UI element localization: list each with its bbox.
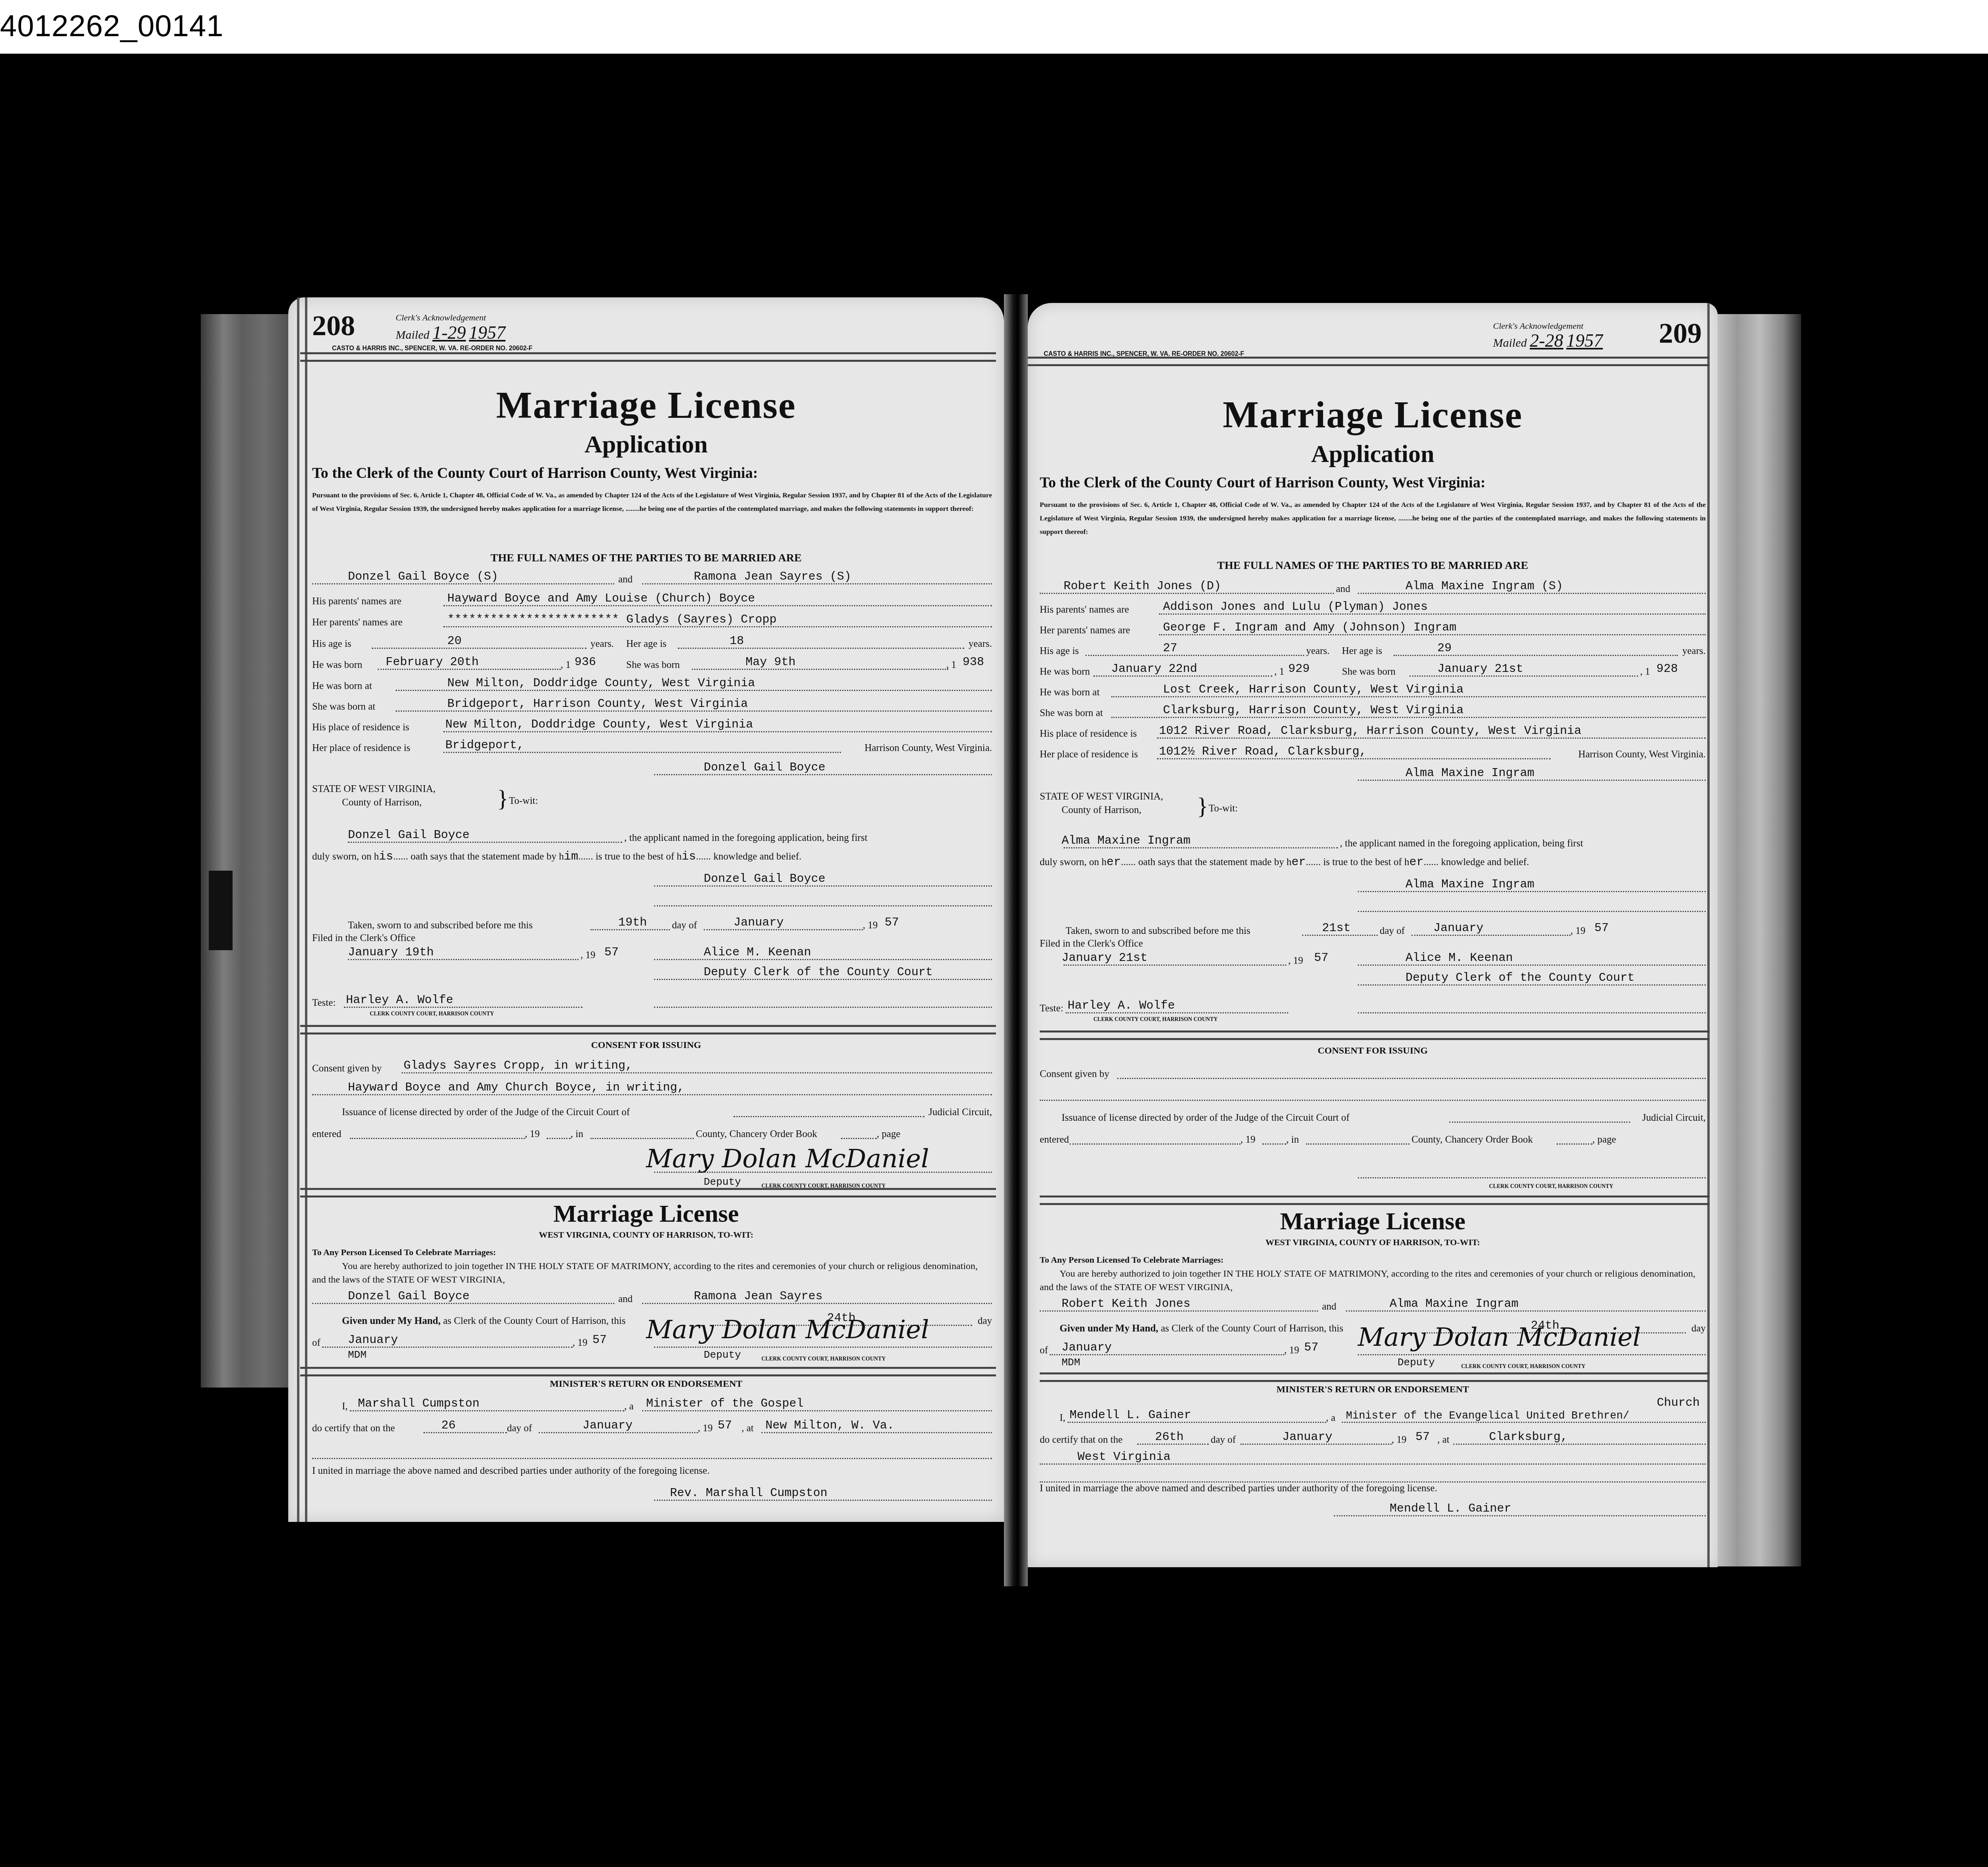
consent-row-1: Consent given by xyxy=(1040,1062,1706,1081)
his-residence-row: His place of residence is New Milton, Do… xyxy=(312,716,992,735)
united-text: I united in marriage the above named and… xyxy=(312,1464,992,1478)
minister-heading: MINISTER'S RETURN OR ENDORSEMENT xyxy=(1028,1384,1718,1395)
sworn-row: Taken, sworn to and subscribed before me… xyxy=(1040,919,1706,938)
he-born-at-row: He was born at Lost Creek, Harrison Coun… xyxy=(1040,681,1706,700)
sworn-row: Taken, sworn to and subscribed before me… xyxy=(312,914,992,933)
oath-statement-row: duly sworn, on his...... oath says that … xyxy=(312,846,992,865)
sworn-day: 19th xyxy=(618,916,647,930)
header-rule xyxy=(1028,357,1710,366)
his-parents-row: His parents' names are Addison Jones and… xyxy=(1040,598,1706,617)
she-born-at: Clarksburg, Harrison County, West Virgin… xyxy=(1163,704,1464,717)
his-parents: Addison Jones and Lulu (Plyman) Jones xyxy=(1163,600,1428,614)
sworn-day: 21st xyxy=(1322,922,1351,935)
teste-name: Harley A. Wolfe xyxy=(346,994,453,1007)
book-left-page-edges xyxy=(201,314,292,1388)
oath-signature-row: Alma Maxine Ingram xyxy=(1040,875,1706,895)
his-residence: 1012 River Road, Clarksburg, Harrison Co… xyxy=(1159,724,1581,738)
he-born-date: February 20th xyxy=(386,656,479,669)
blank-line xyxy=(312,1442,992,1461)
license-groom: Robert Keith Jones xyxy=(1062,1297,1190,1311)
her-residence-row: Her place of residence is 1012½ River Ro… xyxy=(1040,743,1706,762)
image-id-label: 4012262_00141 xyxy=(0,9,223,43)
application-title: Marriage License xyxy=(1028,392,1718,437)
margin-rule xyxy=(305,297,307,1522)
minister-title: Minister of the Evangelical United Breth… xyxy=(1346,1410,1629,1422)
sworn-year: 57 xyxy=(1594,922,1609,935)
license-parties-row: Donzel Gail Boyce and Ramona Jean Sayres xyxy=(312,1287,992,1306)
his-residence: New Milton, Doddridge County, West Virgi… xyxy=(445,718,753,732)
marriage-month: January xyxy=(1282,1430,1332,1444)
book-gutter xyxy=(1004,294,1028,1586)
license-state-line: WEST VIRGINIA, COUNTY OF HARRISON, TO-WI… xyxy=(1028,1237,1718,1248)
applicant-signature-row: Alma Maxine Ingram xyxy=(1040,764,1706,783)
oath-applicant-row: Donzel Gail Boyce , the applicant named … xyxy=(312,826,992,845)
ages-row: His age is 20 years. Her age is 18 years… xyxy=(312,632,992,651)
clerk-title-row: Deputy Clerk of the County Court xyxy=(1040,969,1706,988)
minister-name-row: I, Marshall Cumpston , a Minister of the… xyxy=(312,1395,992,1414)
oath-state: STATE OF WEST VIRGINIA, County of Harris… xyxy=(312,782,992,809)
consent-row-1: Consent given by Gladys Sayres Cropp, in… xyxy=(312,1057,992,1076)
she-born-year: 938 xyxy=(963,656,984,669)
license-title: Marriage License xyxy=(288,1200,1004,1228)
minister-signature: Rev. Marshall Cumpston xyxy=(670,1487,827,1500)
she-born-date: January 21st xyxy=(1437,662,1523,676)
teste-name: Harley A. Wolfe xyxy=(1068,999,1175,1013)
filed-row: January 19th , 19 57 Alice M. Keenan xyxy=(312,943,992,963)
header-rule xyxy=(300,352,996,362)
minister-heading: MINISTER'S RETURN OR ENDORSEMENT xyxy=(288,1379,1004,1390)
page-number: 209 xyxy=(1659,317,1702,350)
marriage-month: January xyxy=(582,1419,633,1432)
oath-state: STATE OF WEST VIRGINIA, County of Harris… xyxy=(1040,790,1706,817)
oath-signature: Donzel Gail Boyce xyxy=(704,872,825,886)
license-state-line: WEST VIRGINIA, COUNTY OF HARRISON, TO-WI… xyxy=(288,1230,1004,1240)
parties-row: Robert Keith Jones (D) and Alma Maxine I… xyxy=(1040,577,1706,596)
her-parents: ************************ Gladys (Sayres)… xyxy=(447,613,777,627)
minister-name-row: I, Mendell L. Gainer , a Minister of the… xyxy=(1040,1406,1706,1425)
filed-row: January 21st , 19 57 Alice M. Keenan xyxy=(1040,949,1706,968)
printer-imprint: CASTO & HARRIS INC., SPENCER, W. VA. RE-… xyxy=(1044,351,1244,358)
applicant-signature-row: Donzel Gail Boyce xyxy=(312,759,992,778)
he-born-year: 929 xyxy=(1288,662,1310,676)
consent-heading: CONSENT FOR ISSUING xyxy=(288,1040,1004,1051)
left-page: 208 Clerk's Acknowledgement Mailed 1-29 … xyxy=(288,297,1004,1522)
sworn-year: 57 xyxy=(885,916,899,930)
applicant-signature: Alma Maxine Ingram xyxy=(1406,767,1534,780)
sworn-month: January xyxy=(734,916,784,930)
he-born-at: Lost Creek, Harrison County, West Virgin… xyxy=(1163,683,1464,697)
license-deputy-signature: Mary Dolan McDaniel xyxy=(646,1315,929,1345)
ages-row: His age is 27 years. Her age is 29 years… xyxy=(1040,639,1706,658)
marriage-day: 26th xyxy=(1155,1430,1184,1444)
license-bride: Alma Maxine Ingram xyxy=(1390,1297,1518,1311)
her-residence: Bridgeport, xyxy=(445,739,524,752)
his-residence-row: His place of residence is 1012 River Roa… xyxy=(1040,722,1706,741)
application-subtitle: Application xyxy=(1028,440,1718,468)
entered-row: entered , 19 , in County, Chancery Order… xyxy=(312,1122,992,1141)
consent-line-1: Gladys Sayres Cropp, in writing, xyxy=(404,1059,633,1073)
he-born-at: New Milton, Doddridge County, West Virgi… xyxy=(447,677,755,690)
application-title: Marriage License xyxy=(288,383,1004,427)
blank-line xyxy=(1040,895,1706,914)
mailed-line: Mailed 1-29 1957 xyxy=(396,322,505,343)
margin-rule xyxy=(297,297,299,1522)
preamble: Pursuant to the provisions of Sec. 6, Ar… xyxy=(1040,498,1706,538)
license-caption-row: MDM Deputy CLERK COUNTY COURT, HARRISON … xyxy=(1040,1353,1706,1372)
her-residence: 1012½ River Road, Clarksburg, xyxy=(1159,745,1367,759)
blank-line xyxy=(312,890,992,909)
mailed-year: 1957 xyxy=(469,322,505,343)
issuance-row: Issuance of license directed by order of… xyxy=(312,1100,992,1120)
consent-sig-line xyxy=(1040,1162,1706,1181)
he-born-year: 936 xyxy=(575,656,596,669)
mailed-label: Mailed xyxy=(1493,336,1527,349)
united-text: I united in marriage the above named and… xyxy=(1040,1482,1706,1495)
license-deputy-signature: Mary Dolan McDaniel xyxy=(1358,1323,1641,1352)
oath-applicant: Donzel Gail Boyce xyxy=(348,829,470,842)
application-subtitle: Application xyxy=(288,431,1004,459)
names-heading: THE FULL NAMES OF THE PARTIES TO BE MARR… xyxy=(1028,559,1718,572)
right-page: 209 Clerk's Acknowledgement Mailed 2-28 … xyxy=(1028,303,1718,1567)
entered-row: entered , 19 , in County, Chancery Order… xyxy=(1040,1128,1706,1147)
oath-signature: Alma Maxine Ingram xyxy=(1406,878,1534,891)
he-born-at-row: He was born at New Milton, Doddridge Cou… xyxy=(312,674,992,693)
marriage-place: Clarksburg, xyxy=(1489,1430,1568,1444)
mailed-date: 2-28 xyxy=(1530,330,1563,351)
license-body: You are hereby authorized to join togeth… xyxy=(1040,1267,1706,1294)
mailed-date: 1-29 xyxy=(432,322,466,343)
teste-caption: CLERK COUNTY COURT, HARRISON COUNTY xyxy=(370,1011,494,1017)
minister-signature-row: Mendell L. Gainer xyxy=(1040,1500,1706,1519)
minister-name: Mendell L. Gainer xyxy=(1070,1409,1191,1422)
oath-applicant-row: Alma Maxine Ingram , the applicant named… xyxy=(1040,832,1706,851)
sworn-month: January xyxy=(1433,922,1483,935)
filed-year: 57 xyxy=(604,946,619,959)
minister-signature: Mendell L. Gainer xyxy=(1390,1502,1511,1516)
he-born-date: January 22nd xyxy=(1111,662,1197,676)
section-rule xyxy=(300,1025,996,1034)
oath-statement-row: duly sworn, on her...... oath says that … xyxy=(1040,852,1706,871)
she-born-at: Bridgeport, Harrison County, West Virgin… xyxy=(447,697,748,711)
birthdates-row: He was born January 22nd , 1 929 She was… xyxy=(1040,660,1706,679)
groom-name: Robert Keith Jones (D) xyxy=(1064,580,1221,593)
consent-row-2 xyxy=(1040,1084,1706,1103)
section-rule xyxy=(1040,1372,1710,1382)
her-parents-row: Her parents' names are George F. Ingram … xyxy=(1040,619,1706,638)
parties-row: Donzel Gail Boyce (S) and Ramona Jean Sa… xyxy=(312,568,992,587)
clerk-initials: MDM xyxy=(1062,1357,1080,1368)
minister-name: Marshall Cumpston xyxy=(358,1397,480,1411)
addressee: To the Clerk of the County Court of Harr… xyxy=(1040,474,1706,491)
license-bride: Ramona Jean Sayres xyxy=(694,1290,823,1303)
license-to-any: To Any Person Licensed To Celebrate Marr… xyxy=(1040,1253,1706,1267)
marriage-year: 57 xyxy=(1415,1430,1430,1444)
filed-label: Filed in the Clerk's Office xyxy=(1040,937,1706,951)
image-id-bar: 4012262_00141 xyxy=(0,0,1988,54)
book-right-page-edges xyxy=(1710,314,1801,1566)
applicant-signature: Donzel Gail Boyce xyxy=(704,761,825,774)
clerk-title-row: Deputy Clerk of the County Court xyxy=(312,963,992,982)
oath-signature-row: Donzel Gail Boyce xyxy=(312,870,992,889)
teste-row: Teste: Harley A. Wolfe xyxy=(312,991,992,1010)
teste-row: Teste: Harley A. Wolfe xyxy=(1040,997,1706,1016)
names-heading: THE FULL NAMES OF THE PARTIES TO BE MARR… xyxy=(288,552,1004,565)
she-born-year: 928 xyxy=(1656,662,1678,676)
license-to-any: To Any Person Licensed To Celebrate Marr… xyxy=(312,1246,992,1259)
her-parents-row: Her parents' names are *****************… xyxy=(312,611,992,630)
consent-heading: CONSENT FOR ISSUING xyxy=(1028,1046,1718,1056)
filed-date: January 19th xyxy=(348,946,434,959)
addressee: To the Clerk of the County Court of Harr… xyxy=(312,464,992,482)
index-tab xyxy=(209,871,233,950)
she-born-at-row: She was born at Clarksburg, Harrison Cou… xyxy=(1040,701,1706,720)
mailed-line: Mailed 2-28 1957 xyxy=(1493,330,1603,351)
she-born-at-row: She was born at Bridgeport, Harrison Cou… xyxy=(312,695,992,714)
his-parents: Hayward Boyce and Amy Louise (Church) Bo… xyxy=(447,592,755,606)
place-line-2-row: West Virginia xyxy=(1040,1448,1706,1467)
bride-name: Alma Maxine Ingram (S) xyxy=(1406,580,1563,593)
license-groom: Donzel Gail Boyce xyxy=(348,1290,470,1303)
section-rule xyxy=(300,1367,996,1376)
marriage-day: 26 xyxy=(441,1419,456,1432)
clerk-ack-label: Clerk's Acknowledgement xyxy=(396,312,486,323)
bride-name: Ramona Jean Sayres (S) xyxy=(694,570,851,584)
his-age: 20 xyxy=(447,635,462,648)
her-age: 29 xyxy=(1437,642,1452,655)
mailed-label: Mailed xyxy=(396,328,429,342)
page-number: 208 xyxy=(312,309,355,342)
minister-signature-row: Rev. Marshall Cumpston xyxy=(312,1484,992,1503)
birthdates-row: He was born February 20th , 1 936 She wa… xyxy=(312,653,992,672)
license-body: You are hereby authorized to join togeth… xyxy=(312,1260,992,1287)
section-rule xyxy=(1040,1031,1710,1040)
section-rule xyxy=(1040,1196,1710,1205)
clerk-title: Deputy Clerk of the County Court xyxy=(704,966,933,979)
minister-title: Minister of the Gospel xyxy=(646,1397,804,1411)
consent-caption: CLERK COUNTY COURT, HARRISON COUNTY xyxy=(1489,1184,1613,1190)
her-residence-row: Her place of residence is Bridgeport, Ha… xyxy=(312,736,992,755)
groom-name: Donzel Gail Boyce (S) xyxy=(348,570,498,584)
certify-row: do certify that on the 26th day of Janua… xyxy=(1040,1428,1706,1447)
clerk-name: Alice M. Keenan xyxy=(704,946,811,959)
license-title: Marriage License xyxy=(1028,1207,1718,1236)
clerk-initials: MDM xyxy=(348,1349,367,1361)
filed-year: 57 xyxy=(1314,951,1328,965)
license-parties-row: Robert Keith Jones and Alma Maxine Ingra… xyxy=(1040,1295,1706,1314)
marriage-place-line-2: West Virginia xyxy=(1077,1450,1171,1464)
his-parents-row: His parents' names are Hayward Boyce and… xyxy=(312,590,992,609)
her-age: 18 xyxy=(730,635,744,648)
clerk-title: Deputy Clerk of the County Court xyxy=(1406,971,1635,985)
printer-imprint: CASTO & HARRIS INC., SPENCER, W. VA. RE-… xyxy=(332,345,532,352)
issuance-row: Issuance of license directed by order of… xyxy=(1040,1106,1706,1125)
her-parents: George F. Ingram and Amy (Johnson) Ingra… xyxy=(1163,621,1456,635)
clerk-name: Alice M. Keenan xyxy=(1406,951,1513,965)
certify-row: do certify that on the 26 day of January… xyxy=(312,1417,992,1436)
filed-date: January 21st xyxy=(1062,951,1147,965)
marriage-place: New Milton, W. Va. xyxy=(765,1419,894,1432)
preamble: Pursuant to the provisions of Sec. 6, Ar… xyxy=(312,488,992,515)
his-age: 27 xyxy=(1163,642,1177,655)
license-caption-row: MDM Deputy CLERK COUNTY COURT, HARRISON … xyxy=(312,1345,992,1364)
consent-row-2: Hayward Boyce and Amy Church Boyce, in w… xyxy=(312,1079,992,1098)
mailed-year: 1957 xyxy=(1566,330,1603,351)
marriage-year: 57 xyxy=(718,1419,732,1432)
she-born-date: May 9th xyxy=(745,656,796,669)
section-rule xyxy=(300,1188,996,1197)
consent-line-2: Hayward Boyce and Amy Church Boyce, in w… xyxy=(348,1081,684,1095)
oath-applicant: Alma Maxine Ingram xyxy=(1062,834,1190,848)
filed-label: Filed in the Clerk's Office xyxy=(312,932,992,945)
teste-caption: CLERK COUNTY COURT, HARRISON COUNTY xyxy=(1093,1017,1218,1023)
